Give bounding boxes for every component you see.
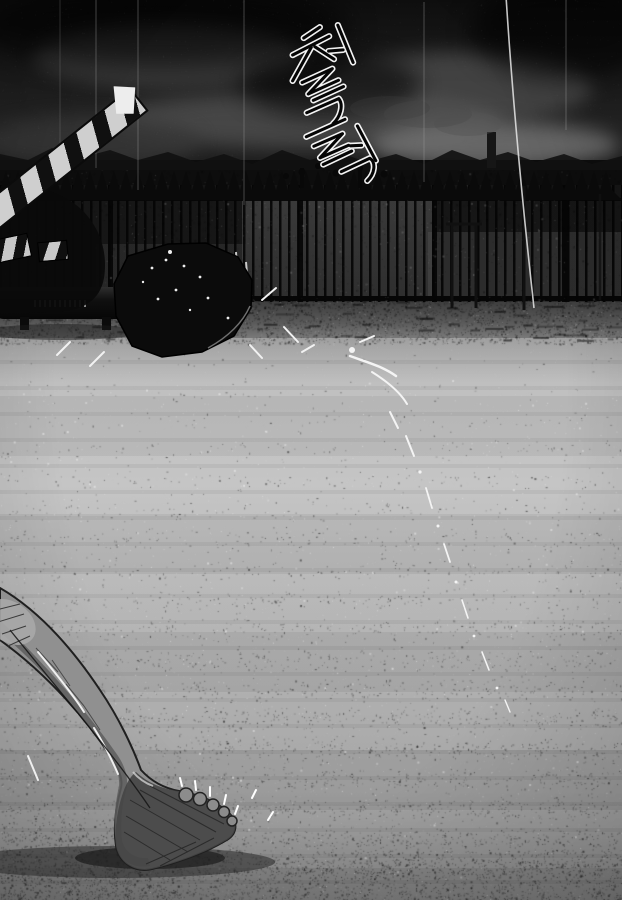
bench-marking (34, 300, 86, 307)
striped-fragment (37, 240, 69, 263)
bench (0, 287, 134, 319)
bench-leg (20, 317, 29, 330)
bench-leg (102, 317, 111, 330)
manga-panel: 철그럭 (0, 0, 622, 900)
